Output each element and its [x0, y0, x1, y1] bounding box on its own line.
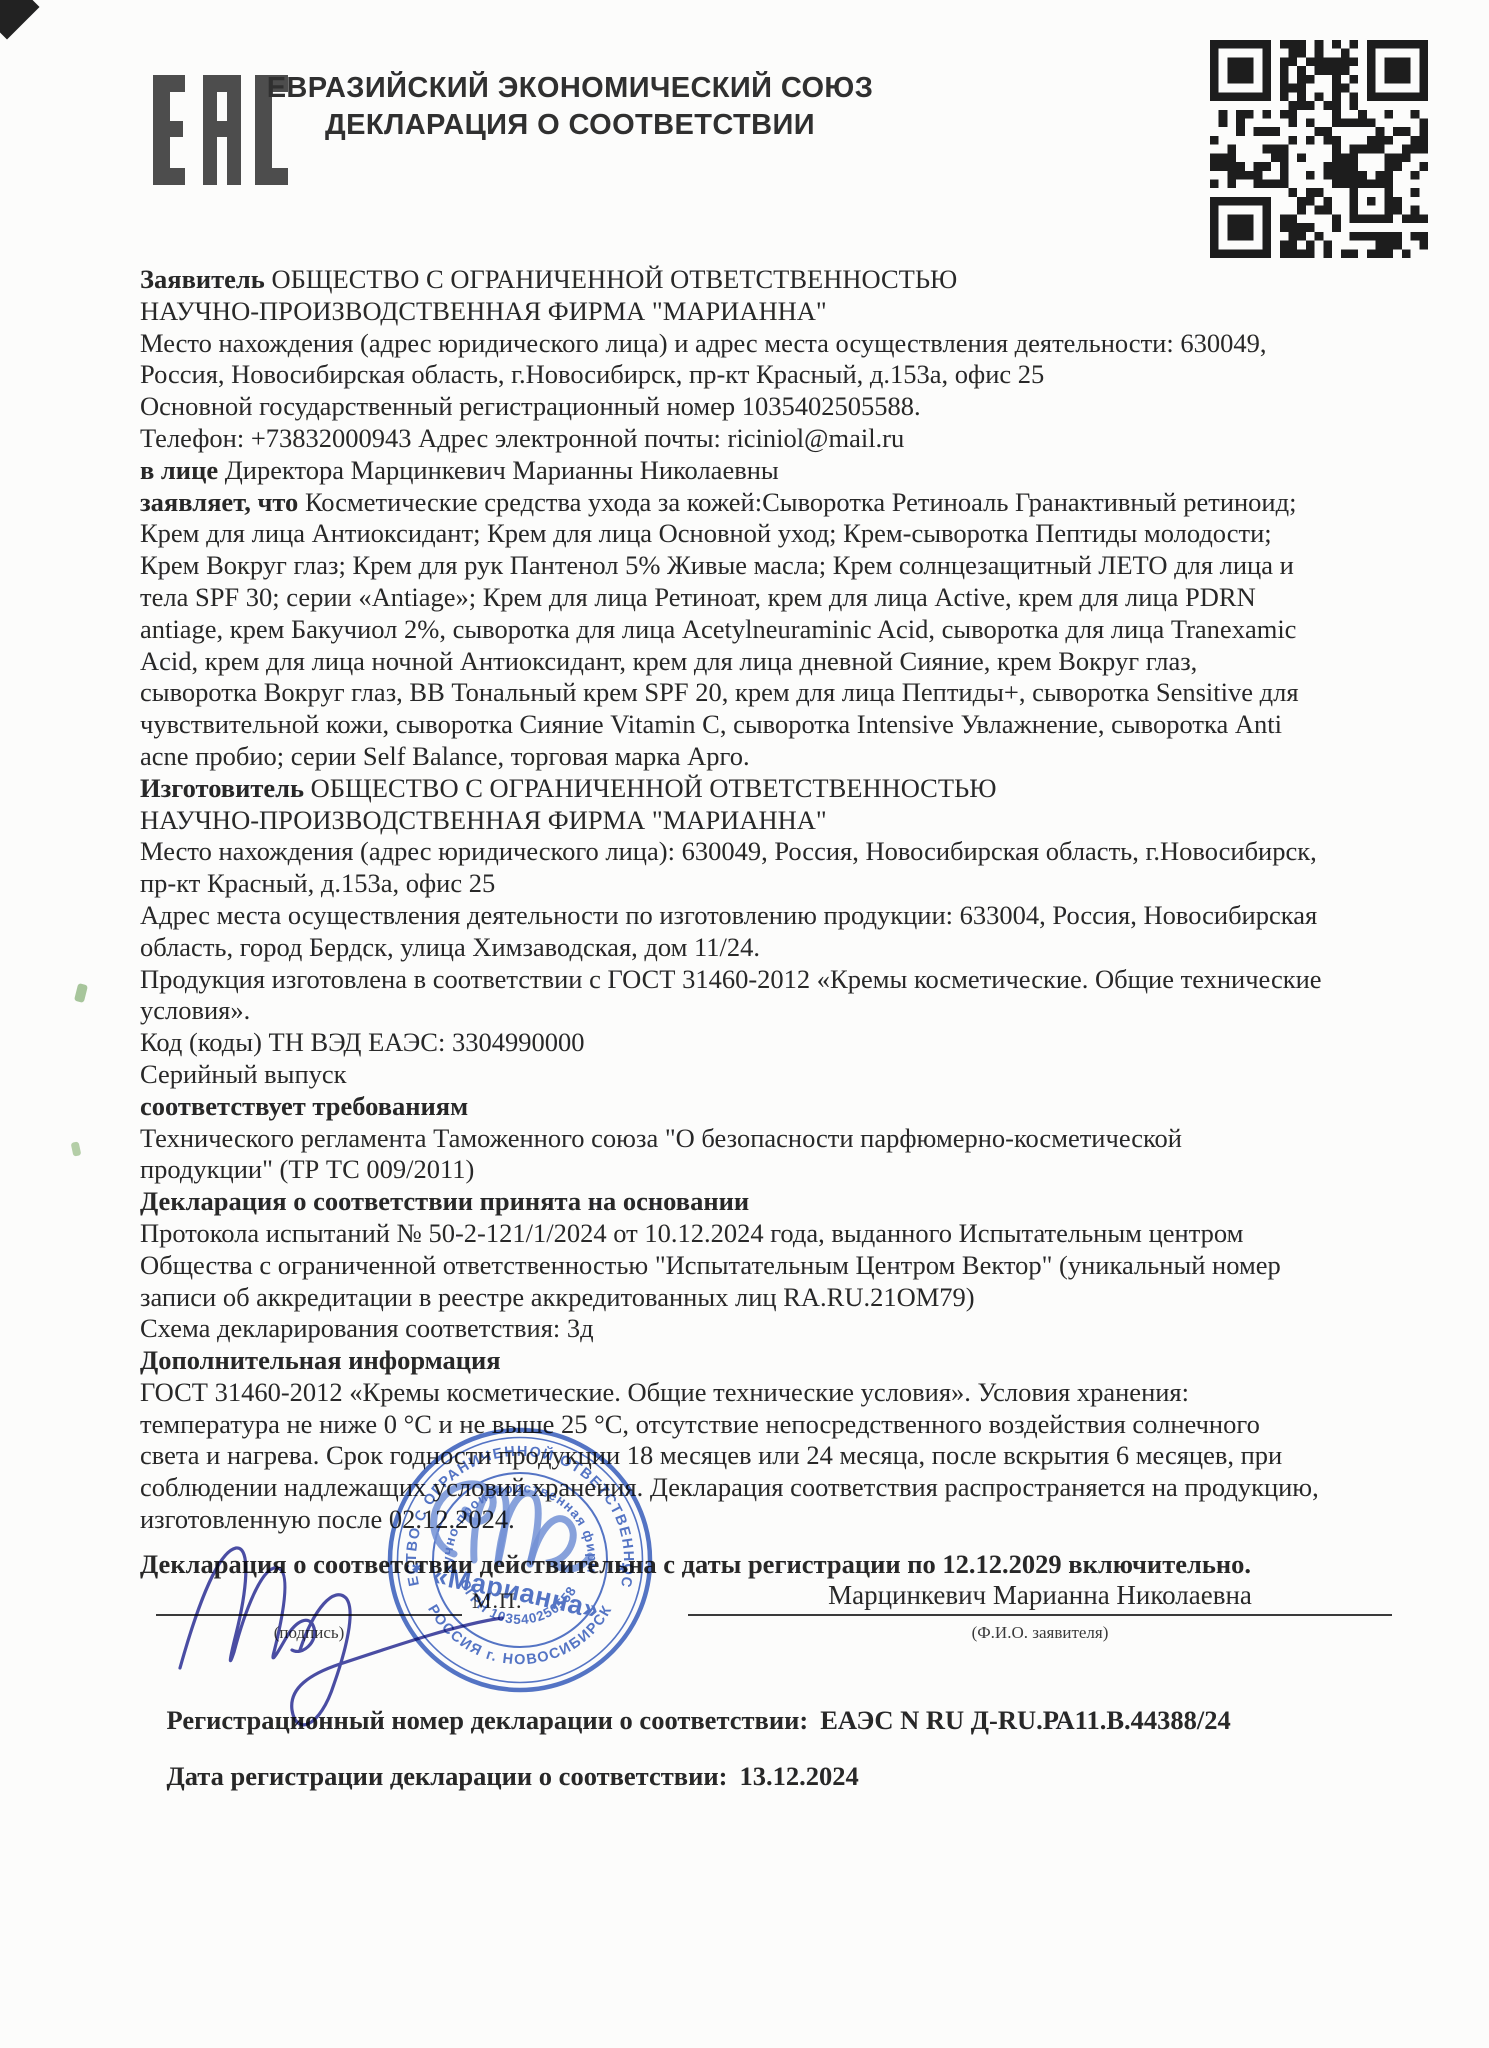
scan-artifact-corner — [0, 0, 40, 40]
body-line: Заявитель ОБЩЕСТВО С ОГРАНИЧЕННОЙ ОТВЕТС… — [140, 264, 1440, 296]
body-line: Декларация о соответствии принята на осн… — [140, 1186, 1440, 1218]
body-line: Россия, Новосибирская область, г.Новосиб… — [140, 359, 1440, 391]
body-line: Acid, крем для лица ночной Антиоксидант,… — [140, 646, 1440, 678]
body-line-text: Крем для лица Антиоксидант; Крем для лиц… — [140, 518, 1272, 548]
body-text: Заявитель ОБЩЕСТВО С ОГРАНИЧЕННОЙ ОТВЕТС… — [140, 264, 1440, 1536]
body-line: Место нахождения (адрес юридического лиц… — [140, 328, 1440, 360]
body-line: температура не ниже 0 °С и не выше 25 °С… — [140, 1409, 1440, 1441]
body-line: Протокола испытаний № 50-2-121/1/2024 от… — [140, 1218, 1440, 1250]
qr-code — [1210, 40, 1428, 258]
body-line: Схема декларирования соответствия: 3д — [140, 1313, 1440, 1345]
body-line: Изготовитель ОБЩЕСТВО С ОГРАНИЧЕННОЙ ОТВ… — [140, 773, 1440, 805]
body-line: acne пробио; серии Self Balance, торгова… — [140, 741, 1440, 773]
body-line-bold: в лице — [140, 455, 218, 485]
body-line: Крем Вокруг глаз; Крем для рук Пантенол … — [140, 550, 1440, 582]
body-line: продукции" (ТР ТС 009/2011) — [140, 1154, 1440, 1186]
title-line-union: ЕВРАЗИЙСКИЙ ЭКОНОМИЧЕСКИЙ СОЮЗ — [235, 70, 905, 107]
body-line-text: Основной государственный регистрационный… — [140, 391, 921, 421]
fio-line — [688, 1614, 1392, 1616]
body-line-text: Адрес места осуществления деятельности п… — [140, 900, 1317, 930]
body-line-text: Телефон: +73832000943 Адрес электронной … — [140, 423, 904, 453]
body-line: чувствительной кожи, сыворотка Сияние Vi… — [140, 709, 1440, 741]
body-line-text: ОБЩЕСТВО С ОГРАНИЧЕННОЙ ОТВЕТСТВЕННОСТЬЮ — [304, 773, 996, 803]
body-line-text: Протокола испытаний № 50-2-121/1/2024 от… — [140, 1218, 1243, 1248]
body-line-text: Место нахождения (адрес юридического лиц… — [140, 328, 1266, 358]
body-line: Адрес места осуществления деятельности п… — [140, 900, 1440, 932]
body-line-text: область, город Бердск, улица Химзаводска… — [140, 932, 760, 962]
body-line-bold: заявляет, что — [140, 487, 298, 517]
body-line-text: условия». — [140, 995, 250, 1025]
body-line: Продукция изготовлена в соответствии с Г… — [140, 964, 1440, 996]
registration-date-label: Дата регистрации декларации о соответств… — [167, 1761, 728, 1791]
body-line-bold: Декларация о соответствии принята на осн… — [140, 1186, 749, 1216]
body-line-text: Директора Марцинкевич Марианны Николаевн… — [218, 455, 779, 485]
body-line-text: тела SPF 30; серии «Antiage»; Крем для л… — [140, 582, 1256, 612]
body-line-text: чувствительной кожи, сыворотка Сияние Vi… — [140, 709, 1282, 739]
body-line: Место нахождения (адрес юридического лиц… — [140, 836, 1440, 868]
body-line: света и нагрева. Срок годности продукции… — [140, 1440, 1440, 1472]
body-line: область, город Бердск, улица Химзаводска… — [140, 932, 1440, 964]
body-line: НАУЧНО-ПРОИЗВОДСТВЕННАЯ ФИРМА "МАРИАННА" — [140, 296, 1440, 328]
body-line-text: записи об аккредитации в реестре аккреди… — [140, 1282, 975, 1312]
signature — [150, 1498, 550, 1748]
body-line-text: Косметические средства ухода за кожей:Сы… — [298, 487, 1296, 517]
body-line-text: сыворотка Вокруг глаз, BB Тональный крем… — [140, 677, 1299, 707]
body-line-text: antiage, крем Бакучиол 2%, сыворотка для… — [140, 614, 1296, 644]
body-line-bold: соответствует требованиям — [140, 1091, 468, 1121]
body-line-text: Серийный выпуск — [140, 1059, 347, 1089]
body-line: Основной государственный регистрационный… — [140, 391, 1440, 423]
body-line: Серийный выпуск — [140, 1059, 1440, 1091]
body-line: пр-кт Красный, д.153а, офис 25 — [140, 868, 1440, 900]
body-line: соответствует требованиям — [140, 1091, 1440, 1123]
body-line-text: Общества с ограниченной ответственностью… — [140, 1250, 1281, 1280]
body-line-text: продукции" (ТР ТС 009/2011) — [140, 1154, 474, 1184]
body-line-text: температура не ниже 0 °С и не выше 25 °С… — [140, 1409, 1260, 1439]
body-line: Дополнительная информация — [140, 1345, 1440, 1377]
body-line: записи об аккредитации в реестре аккреди… — [140, 1282, 1440, 1314]
stamp-star-icon: ✱ — [618, 1561, 629, 1576]
fio-caption: (Ф.И.О. заявителя) — [688, 1623, 1392, 1643]
registration-number-value: ЕАЭС N RU Д-RU.РА11.В.44388/24 — [820, 1705, 1231, 1735]
title-line-declaration: ДЕКЛАРАЦИЯ О СООТВЕТСТВИИ — [235, 107, 905, 144]
body-line-bold: Заявитель — [140, 264, 265, 294]
body-line-text: Продукция изготовлена в соответствии с Г… — [140, 964, 1322, 994]
body-line: Код (коды) ТН ВЭД ЕАЭС: 3304990000 — [140, 1027, 1440, 1059]
applicant-name: Марцинкевич Марианна Николаевна — [688, 1580, 1392, 1611]
body-line-text: Технического регламента Таможенного союз… — [140, 1123, 1182, 1153]
body-line-text: Место нахождения (адрес юридического лиц… — [140, 836, 1317, 866]
body-line-bold: Изготовитель — [140, 773, 304, 803]
body-line: Технического регламента Таможенного союз… — [140, 1123, 1440, 1155]
body-line-text: ГОСТ 31460-2012 «Кремы косметические. Об… — [140, 1377, 1189, 1407]
body-line-text: НАУЧНО-ПРОИЗВОДСТВЕННАЯ ФИРМА "МАРИАННА" — [140, 805, 827, 835]
body-line-text: света и нагрева. Срок годности продукции… — [140, 1440, 1282, 1470]
body-line: Общества с ограниченной ответственностью… — [140, 1250, 1440, 1282]
body-line-text: Россия, Новосибирская область, г.Новосиб… — [140, 359, 1044, 389]
body-line: сыворотка Вокруг глаз, BB Тональный крем… — [140, 677, 1440, 709]
registration-date-value: 13.12.2024 — [739, 1761, 858, 1791]
body-line: НАУЧНО-ПРОИЗВОДСТВЕННАЯ ФИРМА "МАРИАННА" — [140, 805, 1440, 837]
body-line-text: Acid, крем для лица ночной Антиоксидант,… — [140, 646, 1197, 676]
body-line-text: пр-кт Красный, д.153а, офис 25 — [140, 868, 495, 898]
body-line: ГОСТ 31460-2012 «Кремы косметические. Об… — [140, 1377, 1440, 1409]
body-line-text: Крем Вокруг глаз; Крем для рук Пантенол … — [140, 550, 1294, 580]
body-line-text: Схема декларирования соответствия: 3д — [140, 1313, 594, 1343]
body-line-bold: Дополнительная информация — [140, 1345, 501, 1375]
declaration-document: ЕВРАЗИЙСКИЙ ЭКОНОМИЧЕСКИЙ СОЮЗ ДЕКЛАРАЦИ… — [0, 0, 1489, 2048]
body-line: antiage, крем Бакучиол 2%, сыворотка для… — [140, 614, 1440, 646]
body-line: условия». — [140, 995, 1440, 1027]
scan-artifact-green — [74, 983, 88, 1003]
body-line-text: acne пробио; серии Self Balance, торгова… — [140, 741, 750, 771]
body-line: заявляет, что Косметические средства ухо… — [140, 487, 1440, 519]
body-line-text: Код (коды) ТН ВЭД ЕАЭС: 3304990000 — [140, 1027, 584, 1057]
document-title: ЕВРАЗИЙСКИЙ ЭКОНОМИЧЕСКИЙ СОЮЗ ДЕКЛАРАЦИ… — [235, 70, 905, 144]
body-line-text: НАУЧНО-ПРОИЗВОДСТВЕННАЯ ФИРМА "МАРИАННА" — [140, 296, 827, 326]
body-line: Телефон: +73832000943 Адрес электронной … — [140, 423, 1440, 455]
body-line: в лице Директора Марцинкевич Марианны Ни… — [140, 455, 1440, 487]
body-line-text: ОБЩЕСТВО С ОГРАНИЧЕННОЙ ОТВЕТСТВЕННОСТЬЮ — [265, 264, 957, 294]
body-line: Крем для лица Антиоксидант; Крем для лиц… — [140, 518, 1440, 550]
body-line: тела SPF 30; серии «Antiage»; Крем для л… — [140, 582, 1440, 614]
scan-artifact-green — [71, 1141, 82, 1156]
